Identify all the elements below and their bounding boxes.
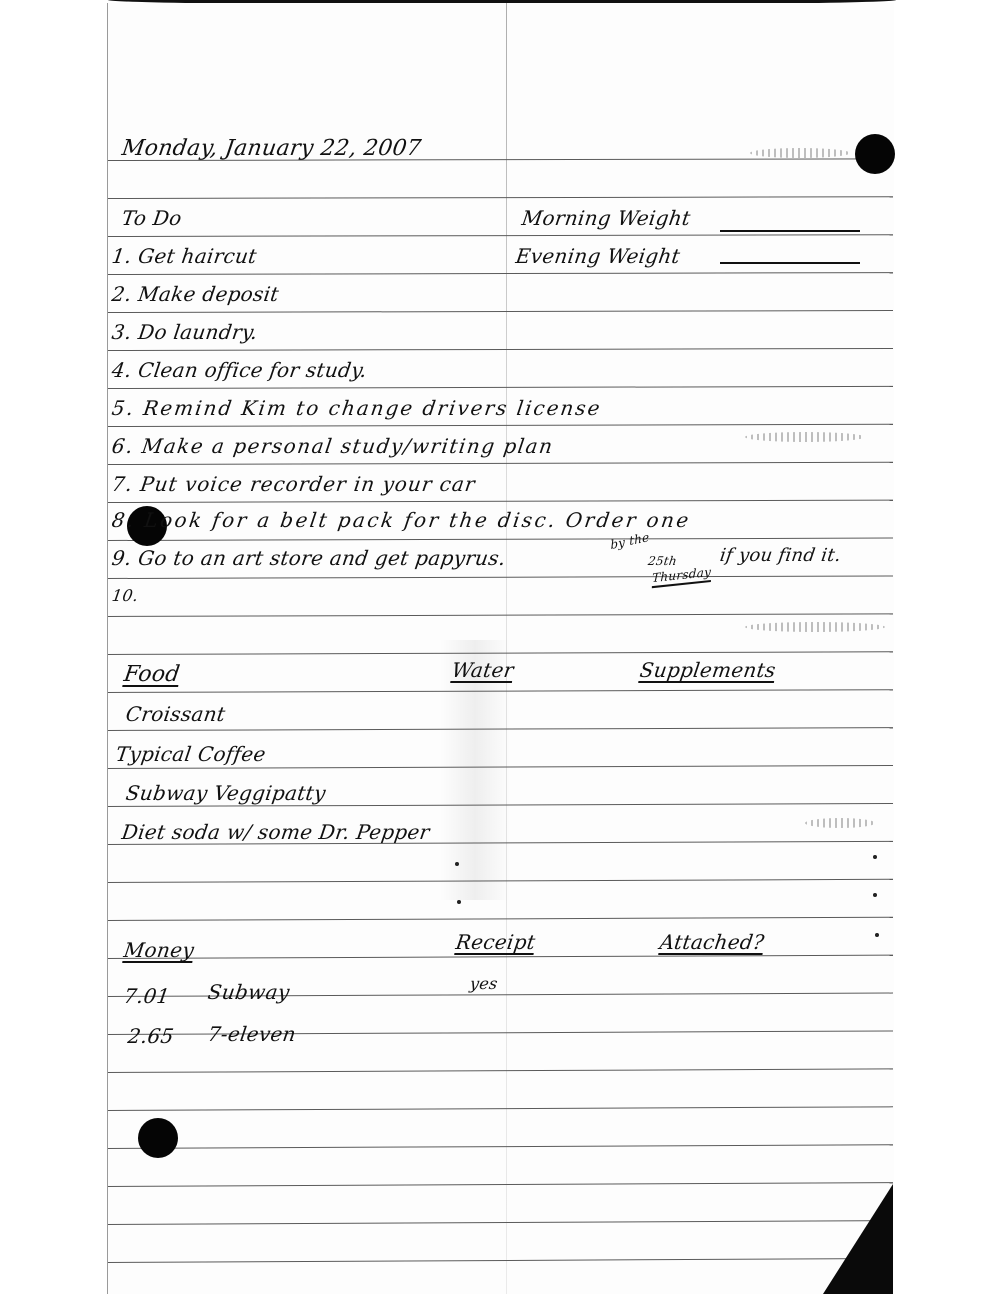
todo-text: Make a personal study/writing plan [140, 434, 555, 458]
todo-number: 8. [110, 508, 137, 532]
todo-number: 6. [110, 434, 135, 458]
evening-weight-field[interactable] [720, 262, 860, 264]
supplements-header: Supplements [638, 658, 777, 682]
todo-item: 5. Remind Kim to change drivers license [110, 396, 603, 420]
todo-number: 1. [110, 244, 133, 268]
money-vendor: Subway [206, 980, 291, 1004]
todo-item: 3. Do laundry. [110, 320, 259, 344]
morning-weight-label: Morning Weight [520, 206, 692, 230]
evening-weight-label: Evening Weight [514, 244, 682, 268]
todo-item: 1. Get haircut [110, 244, 258, 268]
food-item: Diet soda w/ some Dr. Pepper [120, 820, 431, 844]
todo-item: 9. Go to an art store and get papyrus. [110, 546, 507, 570]
money-header: Money [122, 938, 195, 962]
todo-text: Make deposit [137, 282, 281, 306]
food-item: Typical Coffee [114, 742, 267, 766]
page-date: Monday, January 22, 2007 [120, 136, 423, 161]
annotation-continuation: if you find it. [719, 545, 843, 566]
todo-text: Put voice recorder in your car [139, 472, 477, 496]
todo-item: 8. Look for a belt pack for the disc. Or… [110, 508, 692, 532]
ink-speck [873, 893, 877, 897]
ink-speck [875, 933, 879, 937]
money-amount: 2.65 [126, 1024, 175, 1048]
todo-number: 5. [110, 396, 136, 420]
todo-item: 4. Clean office for study. [110, 358, 368, 382]
todo-text: Do laundry. [137, 320, 260, 344]
todo-item: 7. Put voice recorder in your car [110, 472, 477, 496]
todo-text: Clean office for study. [137, 358, 369, 382]
todo-text: Look for a belt pack for the disc. Order… [143, 508, 692, 532]
money-amount: 7.01 [122, 984, 171, 1008]
todo-number: 7. [110, 472, 134, 496]
eraser-smudge [750, 148, 850, 158]
todo-number: 10. [111, 586, 140, 605]
ink-speck [457, 900, 461, 904]
punch-hole-top [855, 134, 895, 174]
todo-number: 9. [110, 546, 133, 570]
eraser-smudge [745, 432, 865, 442]
morning-weight-field[interactable] [720, 230, 860, 232]
todo-item: 2. Make deposit [110, 282, 280, 306]
attached-header: Attached? [658, 930, 766, 954]
todo-heading: To Do [120, 206, 183, 230]
eraser-smudge [805, 818, 875, 828]
eraser-smudge [745, 622, 885, 632]
todo-text: Go to an art store and get papyrus. [137, 546, 508, 570]
food-item: Croissant [124, 702, 227, 726]
todo-item: 10. [111, 586, 140, 605]
todo-number: 4. [110, 358, 133, 382]
ink-speck [873, 855, 877, 859]
receipt-header: Receipt [454, 930, 537, 954]
ink-speck [455, 862, 459, 866]
torn-corner [823, 1184, 893, 1294]
todo-text: Remind Kim to change drivers license [142, 396, 604, 420]
todo-number: 2. [110, 282, 133, 306]
annotation-date: 25th [647, 554, 678, 568]
todo-text: Get haircut [137, 244, 259, 268]
food-item: Subway Veggipatty [124, 781, 327, 805]
todo-item: 6. Make a personal study/writing plan [110, 434, 555, 458]
money-vendor: 7-eleven [206, 1022, 297, 1046]
food-header: Food [122, 662, 181, 687]
punch-hole-bottom [138, 1118, 178, 1158]
todo-number: 3. [110, 320, 133, 344]
money-receipt: yes [469, 974, 499, 993]
water-header: Water [450, 658, 515, 682]
